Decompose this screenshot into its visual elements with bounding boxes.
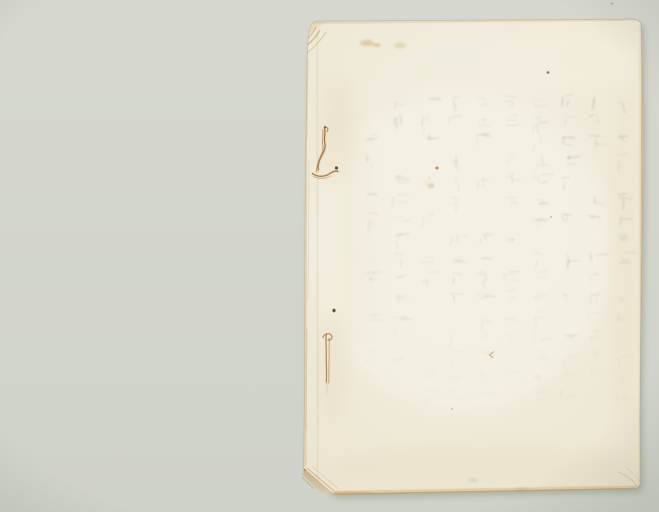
photo-vignette [0,0,659,512]
photo-stage [0,0,659,512]
booklet-photo [0,0,659,512]
